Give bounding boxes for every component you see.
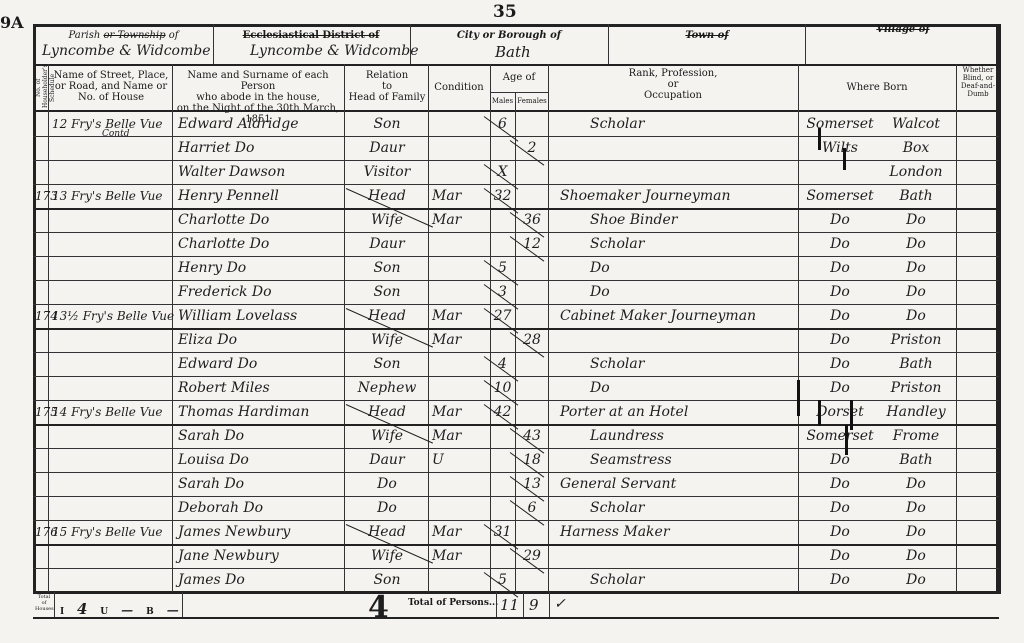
cell-occupation: Seamstress: [560, 448, 828, 472]
cell-female-age: [516, 112, 548, 136]
cell-where-born: DoDo: [802, 208, 956, 232]
cell-condition: [432, 136, 490, 160]
cell-occupation: Harness Maker: [560, 520, 798, 544]
cell-street: 13½ Fry's Belle Vue: [52, 304, 172, 328]
divider: [496, 592, 497, 617]
born-county: Do: [802, 332, 878, 348]
cell-street: [52, 256, 172, 280]
cell-relation: Head: [346, 184, 428, 208]
uninhabited-label: U: [100, 607, 108, 617]
cell-occupation: Scholar: [560, 496, 828, 520]
column-header-age: Age of: [490, 72, 548, 83]
column-header-blind: Whether Blind, or Deaf-and- Dumb: [956, 66, 1000, 98]
ink-mark: [843, 148, 846, 170]
page-number: 35: [493, 2, 517, 22]
cell-condition: Mar: [432, 208, 490, 232]
cell-schedule: 173: [35, 184, 48, 208]
cell-street: [52, 472, 172, 496]
cell-female-age: [516, 304, 548, 328]
village-label: Village of: [808, 24, 998, 35]
cell-male-age: [490, 424, 515, 448]
cell-occupation: Scholar: [560, 568, 828, 592]
cell-female-age: [516, 160, 548, 184]
cell-schedule: [35, 568, 48, 592]
cell-where-born: DoDo: [802, 472, 956, 496]
cell-name: Edward Do: [178, 352, 344, 376]
cell-where-born: DoDo: [802, 256, 956, 280]
cell-condition: U: [432, 448, 490, 472]
born-county: Do: [802, 500, 878, 516]
born-place: Do: [878, 476, 954, 492]
cell-condition: [432, 472, 490, 496]
cell-occupation: Shoemaker Journeyman: [560, 184, 798, 208]
cell-relation: Son: [346, 256, 428, 280]
divider: [33, 64, 999, 66]
cell-condition: [432, 496, 490, 520]
cell-where-born: DoPriston: [802, 376, 956, 400]
cell-street: [52, 352, 172, 376]
born-place: Do: [878, 260, 954, 276]
cell-occupation: [560, 160, 798, 184]
born-county: Do: [802, 356, 878, 372]
cell-occupation: Scholar: [560, 352, 828, 376]
cell-name: Henry Do: [178, 256, 344, 280]
born-county: Somerset: [802, 428, 878, 444]
folio-mark: 9A: [0, 13, 24, 32]
born-county: Do: [802, 236, 878, 252]
cell-schedule: [35, 544, 48, 568]
born-place: Do: [878, 572, 954, 588]
cell-name: Eliza Do: [178, 328, 344, 352]
cell-name: Thomas Hardiman: [178, 400, 344, 424]
cell-condition: Mar: [432, 304, 490, 328]
born-county: Wilts: [802, 140, 878, 156]
cell-male-age: [490, 472, 515, 496]
cell-condition: Mar: [432, 184, 490, 208]
ink-mark: [845, 425, 848, 455]
cell-schedule: [35, 352, 48, 376]
column-header-relation: Relation to Head of Family: [346, 70, 428, 103]
cell-occupation: [560, 328, 798, 352]
cell-occupation: Laundress: [560, 424, 828, 448]
cell-female-age: [516, 256, 548, 280]
cell-relation: Head: [346, 520, 428, 544]
ink-mark: [850, 400, 853, 430]
born-place: Priston: [878, 332, 954, 348]
cell-condition: [432, 280, 490, 304]
cell-street: [52, 136, 172, 160]
born-county: Do: [802, 452, 878, 468]
cell-where-born: SomersetFrome: [802, 424, 956, 448]
cell-relation: Head: [346, 304, 428, 328]
cell-relation: Do: [346, 472, 428, 496]
cell-condition: Mar: [432, 424, 490, 448]
born-place: Bath: [878, 452, 954, 468]
cell-relation: Do: [346, 496, 428, 520]
divider: [549, 592, 550, 617]
cell-female-age: [516, 352, 548, 376]
cell-where-born: DoDo: [802, 304, 956, 328]
cell-relation: Nephew: [346, 376, 428, 400]
cell-schedule: [35, 160, 48, 184]
born-county: Do: [802, 380, 878, 396]
total-persons-label: Total of Persons...: [408, 598, 498, 608]
cell-relation: Daur: [346, 136, 428, 160]
building-value: —: [158, 603, 188, 618]
column-header-males: Males: [490, 97, 515, 105]
total-males: 11: [500, 596, 519, 614]
cell-where-born: DorsetHandley: [802, 400, 956, 424]
cell-schedule: [35, 256, 48, 280]
parish-value: Lyncombe & Widcombe: [42, 43, 211, 59]
cell-schedule: 174: [35, 304, 48, 328]
born-county: Do: [802, 572, 878, 588]
column-header-occupation: Rank, Profession, or Occupation: [548, 68, 798, 101]
cell-where-born: DoDo: [802, 520, 956, 544]
born-place: Do: [878, 500, 954, 516]
cell-name: Robert Miles: [178, 376, 344, 400]
cell-male-age: [490, 496, 515, 520]
cell-schedule: [35, 496, 48, 520]
cell-male-age: [490, 448, 515, 472]
cell-occupation: General Servant: [560, 472, 798, 496]
cell-occupation: Scholar: [560, 232, 828, 256]
cell-street: [52, 280, 172, 304]
cell-name: Louisa Do: [178, 448, 344, 472]
cell-name: Henry Pennell: [178, 184, 344, 208]
cell-where-born: DoDo: [802, 496, 956, 520]
cell-relation: Visitor: [346, 160, 428, 184]
cell-male-age: [490, 328, 515, 352]
cell-female-age: [516, 280, 548, 304]
cell-street: [52, 376, 172, 400]
cell-street: [52, 496, 172, 520]
born-county: Do: [802, 476, 878, 492]
cell-name: Edward Aldridge: [178, 112, 344, 136]
cell-condition: [432, 376, 490, 400]
ink-mark: [818, 400, 821, 426]
cell-schedule: [35, 280, 48, 304]
city-value: Bath: [495, 43, 531, 61]
cell-male-age: [490, 232, 515, 256]
born-place: Handley: [878, 404, 954, 420]
divider: [523, 592, 524, 617]
column-header-condition: Condition: [428, 82, 490, 93]
cell-relation: Son: [346, 280, 428, 304]
cell-schedule: [35, 136, 48, 160]
cell-schedule: [35, 448, 48, 472]
cell-schedule: 175: [35, 400, 48, 424]
cell-relation: Son: [346, 112, 428, 136]
cell-condition: [432, 112, 490, 136]
divider: [490, 92, 548, 93]
cell-male-age: [490, 136, 515, 160]
cell-street: [52, 568, 172, 592]
cell-condition: [432, 568, 490, 592]
born-place: Do: [878, 212, 954, 228]
cell-name: Sarah Do: [178, 424, 344, 448]
cell-female-age: [516, 568, 548, 592]
born-county: Somerset: [802, 188, 878, 204]
born-place: Do: [878, 236, 954, 252]
cell-female-age: [516, 520, 548, 544]
cell-condition: Mar: [432, 400, 490, 424]
tally-mark: 4: [368, 590, 389, 625]
divider: [33, 617, 999, 619]
cell-male-age: [490, 544, 515, 568]
cell-condition: Mar: [432, 328, 490, 352]
born-county: Do: [802, 212, 878, 228]
cell-relation: Son: [346, 568, 428, 592]
cell-street: 15 Fry's Belle Vue: [52, 520, 172, 544]
building-label: B: [146, 607, 154, 617]
ecclesiastical-value: Lyncombe & Widcombe: [250, 43, 419, 59]
cell-occupation: Cabinet Maker Journeyman: [560, 304, 798, 328]
total-females: 9: [529, 596, 539, 614]
cell-schedule: [35, 472, 48, 496]
born-county: Do: [802, 284, 878, 300]
cell-where-born: WiltsBox: [802, 136, 956, 160]
born-county: Do: [802, 548, 878, 564]
born-place: London: [878, 164, 954, 180]
cell-condition: Mar: [432, 544, 490, 568]
cell-schedule: [35, 328, 48, 352]
cell-street: 14 Fry's Belle Vue: [52, 400, 172, 424]
divider: [33, 592, 999, 594]
cell-street: [52, 208, 172, 232]
cell-occupation: Do: [560, 280, 828, 304]
cell-where-born: London: [802, 160, 956, 184]
cell-name: Charlotte Do: [178, 232, 344, 256]
ecclesiastical-label: Ecclesiastical District of: [216, 30, 406, 41]
cell-condition: [432, 160, 490, 184]
cell-name: James Newbury: [178, 520, 344, 544]
cell-street: [52, 160, 172, 184]
cell-name: James Do: [178, 568, 344, 592]
cell-where-born: DoPriston: [802, 328, 956, 352]
cell-occupation: Do: [560, 256, 828, 280]
born-county: Do: [802, 260, 878, 276]
born-place: Frome: [878, 428, 954, 444]
cell-occupation: [560, 136, 798, 160]
born-county: Dorset: [802, 404, 878, 420]
born-county: Do: [802, 308, 878, 324]
cell-name: William Lovelass: [178, 304, 344, 328]
cell-where-born: DoDo: [802, 568, 956, 592]
born-county: Somerset: [802, 116, 878, 132]
cell-where-born: DoDo: [802, 544, 956, 568]
divider: [213, 24, 214, 64]
uninhabited-value: —: [112, 603, 142, 618]
ink-mark: [797, 380, 800, 416]
born-place: Box: [878, 140, 954, 156]
cell-name: Deborah Do: [178, 496, 344, 520]
cell-street: [52, 232, 172, 256]
cell-relation: Son: [346, 352, 428, 376]
cell-where-born: DoBath: [802, 448, 956, 472]
cell-name: Walter Dawson: [178, 160, 344, 184]
cell-relation: Head: [346, 400, 428, 424]
cell-female-age: [516, 376, 548, 400]
cell-name: Jane Newbury: [178, 544, 344, 568]
cell-street: [52, 544, 172, 568]
cell-female-age: [516, 400, 548, 424]
born-county: Do: [802, 524, 878, 540]
town-label: Town of: [612, 30, 802, 41]
cell-occupation: Scholar: [560, 112, 828, 136]
cell-occupation: Porter at an Hotel: [560, 400, 798, 424]
divider: [608, 24, 609, 64]
cell-name: Harriet Do: [178, 136, 344, 160]
cell-where-born: DoDo: [802, 280, 956, 304]
born-place: Do: [878, 308, 954, 324]
cell-relation: Daur: [346, 448, 428, 472]
parish-label: Parish or Township of: [36, 30, 211, 41]
cell-street: [52, 424, 172, 448]
cell-where-born: SomersetBath: [802, 184, 956, 208]
cell-condition: [432, 352, 490, 376]
born-place: Priston: [878, 380, 954, 396]
cell-condition: Mar: [432, 520, 490, 544]
cell-name: Charlotte Do: [178, 208, 344, 232]
cell-schedule: [35, 376, 48, 400]
cell-name: Sarah Do: [178, 472, 344, 496]
cell-female-age: [516, 184, 548, 208]
column-header-schedule: No. of Householder's Schedule: [35, 68, 47, 108]
cell-where-born: SomersetWalcot: [802, 112, 956, 136]
cell-condition: [432, 256, 490, 280]
born-place: Bath: [878, 188, 954, 204]
city-label: City or Borough of: [414, 30, 604, 41]
cell-street: 13 Fry's Belle Vue: [52, 184, 172, 208]
cell-where-born: DoBath: [802, 352, 956, 376]
divider: [805, 24, 806, 64]
divider: [54, 592, 55, 617]
cell-schedule: [35, 112, 48, 136]
inhabited-label: I: [60, 607, 64, 617]
cell-street: [52, 328, 172, 352]
cell-occupation: Shoe Binder: [560, 208, 828, 232]
column-header-street: Name of Street, Place, or Road, and Name…: [54, 70, 169, 103]
cell-relation: Daur: [346, 232, 428, 256]
cell-condition: [432, 232, 490, 256]
column-header-females: Females: [516, 97, 548, 105]
born-place: Walcot: [878, 116, 954, 132]
cell-schedule: 176: [35, 520, 48, 544]
cell-street: [52, 448, 172, 472]
cell-where-born: DoDo: [802, 232, 956, 256]
cell-name: Frederick Do: [178, 280, 344, 304]
born-place: Do: [878, 548, 954, 564]
cell-schedule: [35, 232, 48, 256]
cell-occupation: Do: [560, 376, 828, 400]
ink-mark: [818, 128, 821, 150]
born-place: Do: [878, 524, 954, 540]
check-mark: ✓: [554, 596, 566, 612]
cell-schedule: [35, 208, 48, 232]
cell-male-age: [490, 208, 515, 232]
cell-schedule: [35, 424, 48, 448]
born-place: Do: [878, 284, 954, 300]
born-place: Bath: [878, 356, 954, 372]
cell-occupation: [560, 544, 798, 568]
total-houses-label: Total of Houses: [35, 594, 53, 612]
column-header-where-born: Where Born: [798, 82, 956, 93]
